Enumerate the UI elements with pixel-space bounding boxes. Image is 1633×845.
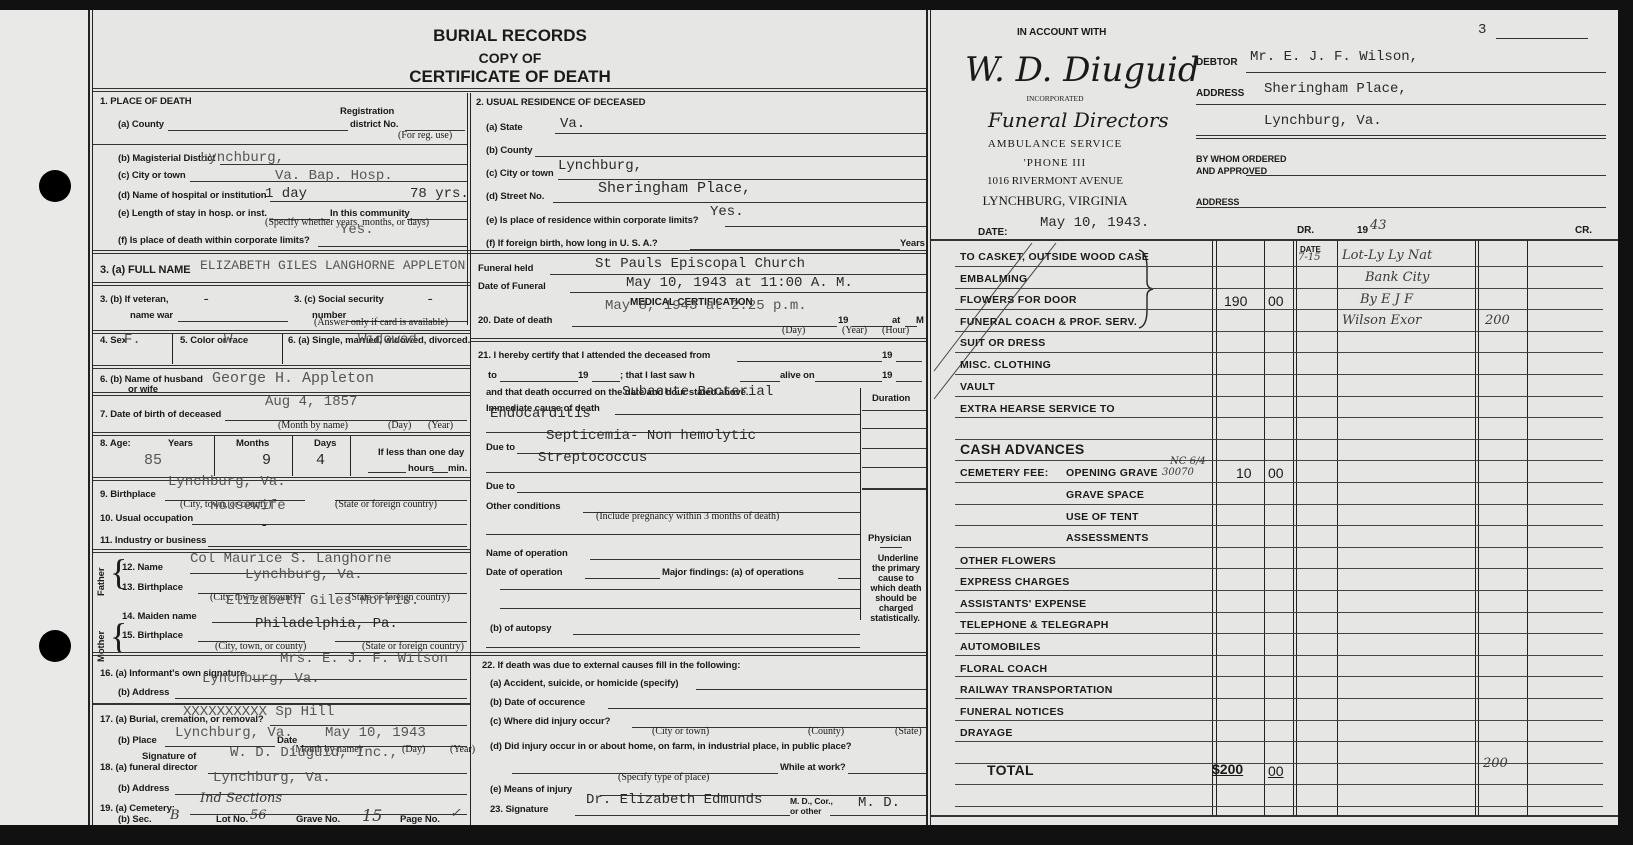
- grave-value: 15: [362, 806, 382, 825]
- hospital-value: Va. Bap. Hosp.: [275, 168, 393, 184]
- father-birthplace-value: Lynchburg, Va.: [245, 567, 363, 583]
- ledger-item-suit: SUIT OR DRESS: [960, 337, 1046, 349]
- ledger-item-other-flowers: OTHER FLOWERS: [960, 555, 1056, 567]
- father-name-value: Col Maurice S. Langhorne: [190, 551, 392, 567]
- birthplace-value: Lynchburg, Va.: [168, 474, 286, 490]
- director-address-value: Lynchburg, Va.: [213, 770, 331, 786]
- flowers-cents: 00: [1268, 293, 1284, 309]
- funeral-date-value: May 10, 1943 at 11:00 A. M.: [626, 275, 853, 291]
- cemetery-value: Ind Sections: [200, 791, 282, 806]
- certificate-subtitle: COPY OF: [380, 50, 640, 66]
- ledger-item-flowers-door: FLOWERS FOR DOOR: [960, 294, 1077, 306]
- residence-corporate-value: Yes.: [710, 204, 744, 220]
- informant-address-value: Lynchburg, Va.: [202, 671, 320, 687]
- payment-date: 7-15: [1298, 252, 1320, 263]
- payment-note-line: By E J F: [1360, 292, 1413, 307]
- due-to-value: Septicemia- Non hemolytic: [546, 428, 756, 444]
- birth-date-value: Aug 4, 1857: [265, 394, 357, 410]
- section-value: B: [170, 808, 180, 823]
- certificate-title: BURIAL RECORDS: [380, 26, 640, 46]
- residence-state-value: Va.: [560, 116, 585, 132]
- total-dollars: $200: [1212, 761, 1243, 777]
- opening-grave-dollars: 10: [1236, 465, 1252, 481]
- community-value: 78 yrs.: [410, 186, 469, 202]
- debtor-address-value-2: Lynchburg, Va.: [1264, 113, 1382, 129]
- md-value: M. D.: [858, 795, 900, 811]
- credit-value: 200: [1485, 313, 1510, 328]
- total-cents: 00: [1268, 763, 1284, 779]
- informant-value: Mrs. E. J. F. Wilson: [280, 651, 448, 667]
- mother-birthplace-value: Philadelphia, Pa.: [255, 616, 398, 632]
- ledger-item-misc-clothing: MISC. CLOTHING: [960, 359, 1051, 371]
- due-to-value-2: Streptococcus: [538, 450, 647, 466]
- magisterial-district-value: Lynchburg,: [200, 150, 284, 166]
- payment-note-line: Wilson Exor: [1342, 313, 1421, 328]
- punch-hole: [39, 630, 71, 662]
- ledger-item-embalming: EMBALMING: [960, 273, 1027, 285]
- ledger-item-tent: USE OF TENT: [1066, 511, 1139, 523]
- total-credit: 200: [1483, 756, 1508, 771]
- ledger-item-assessments: ASSESSMENTS: [1066, 532, 1149, 544]
- physician-signature-value: Dr. Elizabeth Edmunds: [586, 792, 762, 808]
- ledger-item-extra-hearse: EXTRA HEARSE SERVICE TO: [960, 403, 1115, 415]
- occupation-value: Housewife: [210, 498, 286, 514]
- corporate-limits-value: Yes.: [340, 222, 374, 238]
- payment-note-line: Lot-Ly Ly Nat: [1342, 248, 1432, 263]
- ledger-item-opening-grave: OPENING GRAVE: [1066, 467, 1158, 479]
- mother-maiden-name-value: Elizabeth Giles Morris.: [226, 593, 419, 609]
- burial-record-card: BURIAL RECORDS COPY OF CERTIFICATE OF DE…: [0, 10, 1618, 825]
- certificate-subtitle: CERTIFICATE OF DEATH: [380, 67, 640, 87]
- flowers-dollars: 190: [1224, 293, 1247, 309]
- ledger-item-notices: FUNERAL NOTICES: [960, 706, 1064, 718]
- funeral-held-value: St Pauls Episcopal Church: [595, 256, 805, 272]
- debtor-address-value: Sheringham Place,: [1264, 81, 1407, 97]
- residence-city-value: Lynchburg,: [558, 158, 642, 174]
- stay-value: 1 day: [265, 186, 307, 202]
- spouse-value: George H. Appleton: [212, 370, 374, 387]
- burial-place-value: Lynchburg, Va.: [175, 725, 293, 741]
- ledger-item-vault: VAULT: [960, 381, 995, 393]
- page-number: 3: [1478, 22, 1486, 38]
- lot-value: 56: [250, 808, 267, 823]
- funeral-director-value: W. D. Diuguid, Inc.,: [230, 745, 398, 761]
- residence-street-value: Sheringham Place,: [598, 180, 751, 197]
- ledger-item-casket: TO CASKET, OUTSIDE WOOD CASE: [960, 251, 1149, 263]
- death-date-value: May 8, 1943 at 2:25 p.m.: [605, 298, 807, 314]
- page-value: ✓: [450, 806, 461, 821]
- burial-date-value: May 10, 1943: [325, 725, 426, 741]
- immediate-cause-value: Subacute Bacterial: [622, 384, 773, 400]
- account-date-value: May 10, 1943.: [1040, 215, 1149, 231]
- ledger-item-automobiles: AUTOMOBILES: [960, 641, 1041, 653]
- cash-advances-heading: CASH ADVANCES: [960, 441, 1084, 457]
- punch-hole: [39, 170, 71, 202]
- ledger-item-railway: RAILWAY TRANSPORTATION: [960, 684, 1113, 696]
- full-name-value: ELIZABETH GILES LANGHORNE APPLETON: [200, 258, 465, 273]
- ledger-item-assistants: ASSISTANTS' EXPENSE: [960, 598, 1086, 610]
- payment-note-line: Bank City: [1365, 270, 1429, 285]
- ledger-item-telephone: TELEPHONE & TELEGRAPH: [960, 619, 1109, 631]
- left-margin: [0, 10, 90, 825]
- ledger-item-floral-coach: FLORAL COACH: [960, 663, 1047, 675]
- firm-name-logo: W. D. Diuguid: [965, 50, 1200, 90]
- ledger-item-drayage: DRAYAGE: [960, 727, 1013, 739]
- total-label: TOTAL: [987, 762, 1034, 778]
- ledger-item-grave-space: GRAVE SPACE: [1066, 489, 1144, 501]
- ledger-item-express: EXPRESS CHARGES: [960, 576, 1070, 588]
- opening-grave-cents: 00: [1268, 465, 1284, 481]
- immediate-cause-value-2: Endocarditis: [490, 406, 591, 422]
- debtor-value: Mr. E. J. F. Wilson,: [1250, 49, 1418, 65]
- ledger-item-funeral-coach: FUNERAL COACH & PROF. SERV.: [960, 316, 1137, 328]
